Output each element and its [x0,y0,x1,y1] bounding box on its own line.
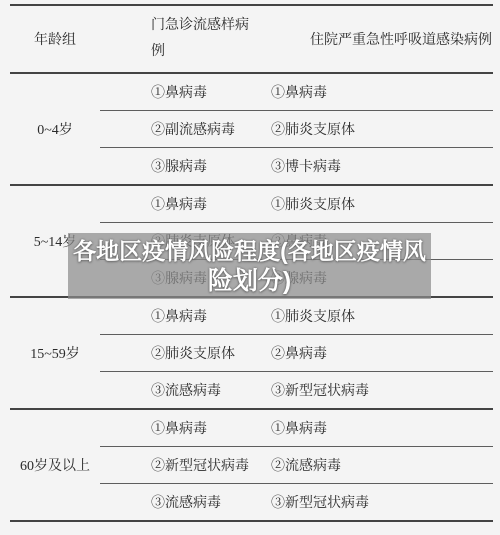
hospitalized-pathogen-cell: ②肺炎支原体 [264,111,493,147]
table-header-row: 年龄组 门急诊流感样病例 住院严重急性呼吸道感染病例 [10,6,493,74]
pathogen-rows: ①鼻病毒 ①肺炎支原体 ②肺炎支原体 ②鼻病毒 ③流感病毒 ③新型冠状病毒 [100,298,493,408]
header-hospitalized-sari-cases: 住院严重急性呼吸道感染病例 [303,6,493,72]
outpatient-pathogen-cell: ③流感病毒 [100,484,264,520]
hospitalized-pathogen-cell: ②鼻病毒 [264,335,493,371]
table-row: ③腺病毒 ③博卡病毒 [100,147,493,184]
hospitalized-pathogen-cell: ①鼻病毒 [264,74,493,110]
pathogen-rows: ①鼻病毒 ①鼻病毒 ②副流感病毒 ②肺炎支原体 ③腺病毒 ③博卡病毒 [100,74,493,184]
hospitalized-pathogen-cell: ③博卡病毒 [264,148,493,184]
watermark-title-line1: 各地区疫情风险程度(各地区疫情风 [73,237,426,266]
outpatient-pathogen-cell: ①鼻病毒 [100,298,264,334]
header-age-group: 年龄组 [10,6,100,72]
page: 年龄组 门急诊流感样病例 住院严重急性呼吸道感染病例 0~4岁 ①鼻病毒 ①鼻病… [0,0,500,535]
header-outpatient-label: 门急诊流感样病例 [151,13,251,65]
watermark-title-line2: 险划分) [208,266,291,296]
table-row: ②新型冠状病毒 ②流感病毒 [100,446,493,483]
outpatient-pathogen-cell: ③流感病毒 [100,372,264,408]
table-row: ①鼻病毒 ①鼻病毒 [100,74,493,110]
age-group-label: 0~4岁 [10,74,100,184]
header-outpatient-ili-cases: 门急诊流感样病例 [100,6,303,72]
pathogen-rows: ①鼻病毒 ①鼻病毒 ②新型冠状病毒 ②流感病毒 ③流感病毒 ③新型冠状病毒 [100,410,493,520]
table-row: ③流感病毒 ③新型冠状病毒 [100,371,493,408]
outpatient-pathogen-cell: ②副流感病毒 [100,111,264,147]
hospitalized-pathogen-cell: ①鼻病毒 [264,410,493,446]
age-group-row: 60岁及以上 ①鼻病毒 ①鼻病毒 ②新型冠状病毒 ②流感病毒 ③流感病毒 ③新型… [10,410,493,522]
outpatient-pathogen-cell: ②新型冠状病毒 [100,447,264,483]
outpatient-pathogen-cell: ①鼻病毒 [100,74,264,110]
outpatient-pathogen-cell: ②肺炎支原体 [100,335,264,371]
age-group-row: 0~4岁 ①鼻病毒 ①鼻病毒 ②副流感病毒 ②肺炎支原体 ③腺病毒 ③博卡病毒 [10,74,493,186]
age-group-row: 15~59岁 ①鼻病毒 ①肺炎支原体 ②肺炎支原体 ②鼻病毒 ③流感病毒 ③新型… [10,298,493,410]
table-row: ②副流感病毒 ②肺炎支原体 [100,110,493,147]
outpatient-pathogen-cell: ①鼻病毒 [100,410,264,446]
table-row: ①鼻病毒 ①鼻病毒 [100,410,493,446]
table-row: ③流感病毒 ③新型冠状病毒 [100,483,493,520]
hospitalized-pathogen-cell: ②流感病毒 [264,447,493,483]
hospitalized-pathogen-cell: ①肺炎支原体 [264,298,493,334]
table-row: ①鼻病毒 ①肺炎支原体 [100,186,493,222]
watermark-overlay: 各地区疫情风险程度(各地区疫情风 险划分) [68,233,431,299]
hospitalized-pathogen-cell: ①肺炎支原体 [264,186,493,222]
age-group-label: 60岁及以上 [10,410,100,520]
hospitalized-pathogen-cell: ③新型冠状病毒 [264,484,493,520]
outpatient-pathogen-cell: ①鼻病毒 [100,186,264,222]
outpatient-pathogen-cell: ③腺病毒 [100,148,264,184]
age-group-label: 15~59岁 [10,298,100,408]
table-row: ②肺炎支原体 ②鼻病毒 [100,334,493,371]
table-row: ①鼻病毒 ①肺炎支原体 [100,298,493,334]
hospitalized-pathogen-cell: ③新型冠状病毒 [264,372,493,408]
